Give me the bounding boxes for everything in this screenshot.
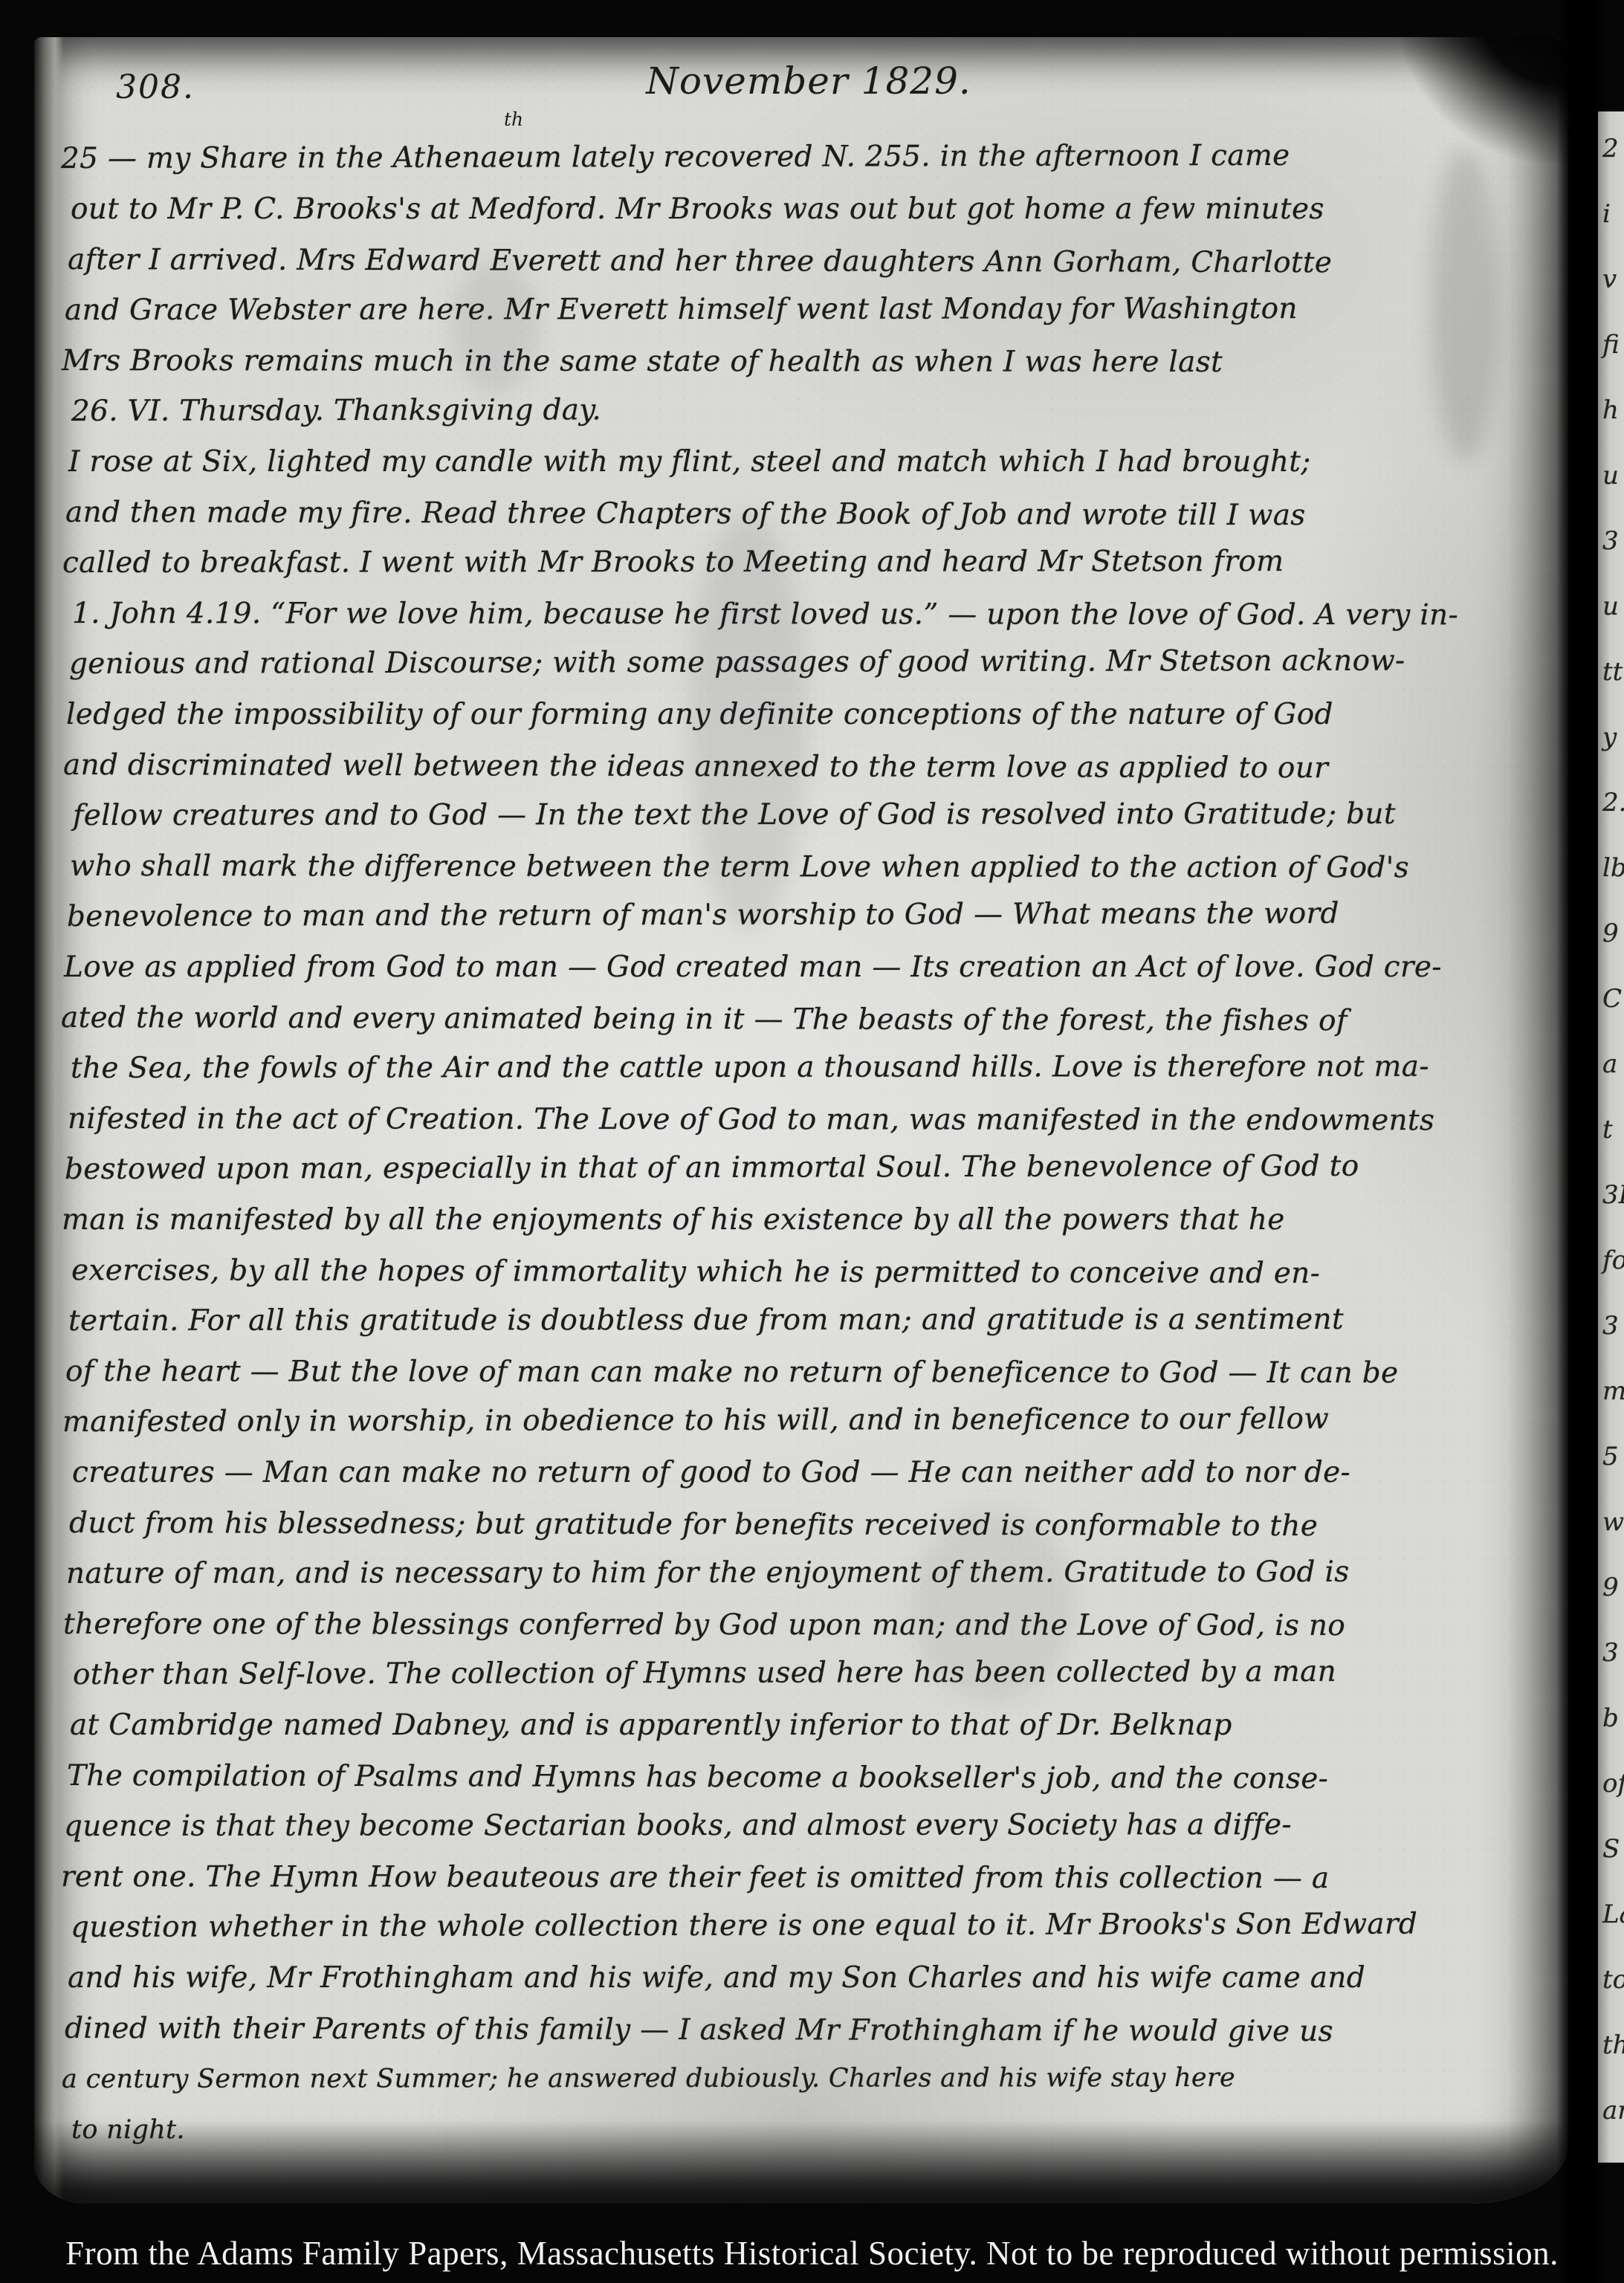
manuscript-line: who shall mark the difference between th… <box>70 841 1553 893</box>
manuscript-line: dined with their Parents of this family … <box>65 2004 1548 2058</box>
facing-page-text-fragment: 5 <box>1602 1442 1619 1471</box>
facing-page-text-fragment: i <box>1602 199 1611 229</box>
facing-page-text-fragment: 2. <box>1602 788 1624 817</box>
facing-page-text-fragment: b <box>1602 1703 1619 1733</box>
manuscript-line: called to breakfast. I went with Mr Broo… <box>62 537 1546 589</box>
interline-insertion: th <box>504 109 523 130</box>
page-number: 308. <box>116 68 195 106</box>
facing-page-text-fragment: S <box>1602 1834 1620 1864</box>
manuscript-line: nature of man, and is necessary to him f… <box>66 1547 1550 1599</box>
scanned-manuscript-photo: 308. November 1829. th 25 — my Share in … <box>0 0 1624 2283</box>
facing-page-text-fragment: v <box>1602 265 1617 294</box>
facing-page-text-fragment: 9 <box>1602 1573 1619 1602</box>
manuscript-line: bestowed upon man, especially in that of… <box>65 1141 1548 1195</box>
facing-page-text-fragment: m <box>1602 1376 1624 1406</box>
facing-page-text-fragment: 9 <box>1602 919 1619 948</box>
manuscript-line: rent one. The Hymn How beauteous are the… <box>61 1852 1544 1904</box>
manuscript-line: tertain. For all this gratitude is doubt… <box>68 1295 1552 1347</box>
manuscript-line: nifested in the act of Creation. The Lov… <box>68 1094 1551 1146</box>
manuscript-line: fellow creatures and to God — In the tex… <box>73 789 1556 841</box>
manuscript-line: question whether in the whole collection… <box>71 1899 1554 1953</box>
facing-page-text-fragment: tt <box>1602 657 1623 687</box>
manuscript-page: 308. November 1829. th 25 — my Share in … <box>34 37 1568 2203</box>
facing-page-text-fragment: fi <box>1602 330 1620 360</box>
page-header-date: November 1829. <box>646 59 971 103</box>
manuscript-line: to night. <box>71 2105 1555 2157</box>
manuscript-line: genious and rational Discourse; with som… <box>69 635 1553 690</box>
manuscript-line: ated the world and every animated being … <box>61 993 1544 1047</box>
manuscript-lines: 25 — my Share in the Athenaeum lately re… <box>67 134 1550 2155</box>
manuscript-line: I rose at Six, lighted my candle with my… <box>68 437 1552 488</box>
manuscript-line: other than Self-love. The collection of … <box>73 1646 1556 1700</box>
manuscript-line: at Cambridge named Dabney, and is appare… <box>70 1700 1553 1751</box>
manuscript-line: and Grace Webster are here. Mr Everett h… <box>65 284 1548 336</box>
manuscript-line: and then made my fire. Read three Chapte… <box>65 488 1549 542</box>
page-deckle-edge <box>34 37 64 2203</box>
facing-page-text-fragment: h <box>1602 395 1619 425</box>
manuscript-line: creatures — Man can make no return of go… <box>72 1448 1556 1498</box>
manuscript-line: benevolence to man and the return of man… <box>67 888 1550 942</box>
manuscript-line: Mrs Brooks remains much in the same stat… <box>62 336 1545 388</box>
facing-page-text-fragment: u <box>1602 592 1619 621</box>
facing-page-text-fragment: La <box>1602 1900 1624 1929</box>
manuscript-line: ledged the impossibility of our forming … <box>66 690 1550 740</box>
facing-page-text-fragment: u <box>1602 461 1619 490</box>
manuscript-line: 1. John 4.19. “For we love him, because … <box>72 589 1556 641</box>
manuscript-line: manifested only in worship, in obedience… <box>62 1393 1546 1448</box>
facing-page-text-fragment: th <box>1602 2030 1624 2060</box>
facing-page-text-fragment: of <box>1602 1769 1624 1798</box>
manuscript-line: man is manifested by all the enjoyments … <box>62 1195 1545 1246</box>
facing-page-text-fragment: 2 <box>1602 134 1619 163</box>
manuscript-line: quence is that they become Sectarian boo… <box>64 1800 1547 1852</box>
facing-page-text-fragment: y <box>1602 722 1617 752</box>
manuscript-line: a century Sermon next Summer; he answere… <box>62 2053 1545 2105</box>
facing-page-text-fragment: C <box>1602 984 1622 1014</box>
manuscript-line: the Sea, the fowls of the Air and the ca… <box>71 1042 1554 1094</box>
manuscript-line: duct from his blessedness; but gratitude… <box>69 1498 1553 1552</box>
manuscript-line: and his wife, Mr Frothingham and his wif… <box>68 1953 1551 2004</box>
archive-caption: From the Adams Family Papers, Massachuse… <box>65 2234 1559 2273</box>
facing-page-text-fragment: a <box>1602 1049 1617 1079</box>
facing-page-edge: 2ivfihu3utty2.lb9Cat3Lfo3m5w93bofSLatoth… <box>1598 111 1624 2163</box>
facing-page-text-fragment: 3 <box>1602 1638 1619 1668</box>
archive-caption-bar: From the Adams Family Papers, Massachuse… <box>0 2224 1624 2283</box>
facing-page-text-fragment: to <box>1602 1965 1624 1995</box>
manuscript-line: 25 — my Share in the Athenaeum lately re… <box>61 130 1544 184</box>
manuscript-line: The compilation of Psalms and Hymns has … <box>67 1751 1550 1805</box>
manuscript-line: after I arrived. Mrs Edward Everett and … <box>68 235 1551 289</box>
manuscript-line: of the heart — But the love of man can m… <box>65 1347 1549 1399</box>
facing-page-text-fragment: 3L <box>1602 1180 1624 1210</box>
facing-page-text-fragment: fo <box>1602 1246 1624 1275</box>
facing-page-text-fragment: 3 <box>1602 1311 1619 1341</box>
manuscript-line: 26. VI. Thursday. Thanksgiving day. <box>71 383 1555 437</box>
manuscript-line: and discriminated well between the ideas… <box>63 740 1547 794</box>
facing-page-text-fragment: 3 <box>1602 526 1619 556</box>
facing-page-text-fragment: t <box>1602 1115 1613 1144</box>
facing-page-text-fragment: w <box>1602 1507 1624 1537</box>
manuscript-line: exercises, by all the hopes of immortali… <box>71 1246 1555 1300</box>
manuscript-line: therefore one of the blessings conferred… <box>63 1599 1547 1651</box>
manuscript-line: Love as applied from God to man — God cr… <box>64 942 1547 993</box>
manuscript-line: out to Mr P. C. Brooks's at Medford. Mr … <box>71 184 1554 235</box>
facing-page-text-fragment: an <box>1602 2096 1624 2125</box>
facing-page-text-fragment: lb <box>1602 853 1624 883</box>
